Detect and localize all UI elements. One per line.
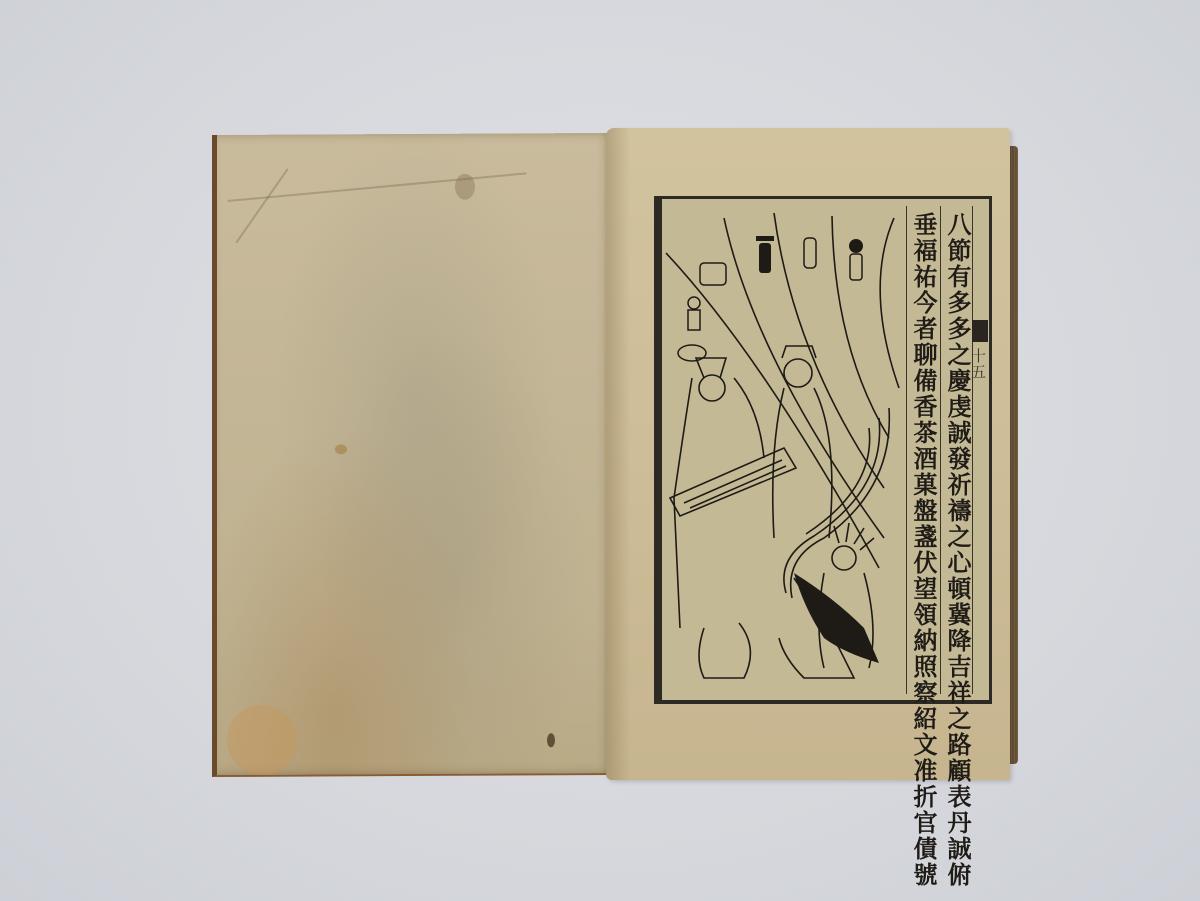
corner-damage	[227, 705, 297, 775]
paper-stain	[455, 174, 475, 200]
column-rule	[940, 206, 941, 694]
page-number: 十五	[968, 348, 989, 380]
column-rule	[972, 206, 973, 694]
paper-crease	[235, 168, 288, 243]
open-book: 八節有多多之慶虔誠發祈禱之心頓冀降吉祥之路顧表丹誠俯 垂福祐今者聊備香茶酒菓盤盞…	[0, 0, 1200, 901]
woodblock-illustration	[664, 208, 904, 698]
column-rule	[906, 206, 907, 694]
paper-stain	[335, 444, 347, 454]
text-column-2: 垂福祐今者聊備香茶酒菓盤盞伏望領納照察紹文准折官債號	[908, 212, 938, 888]
text-column-1: 八節有多多之慶虔誠發祈禱之心頓冀降吉祥之路顧表丹誠俯	[942, 212, 972, 888]
fish-tail-marker	[972, 320, 988, 342]
paper-stain	[547, 733, 555, 747]
left-page-endpaper	[212, 133, 613, 777]
